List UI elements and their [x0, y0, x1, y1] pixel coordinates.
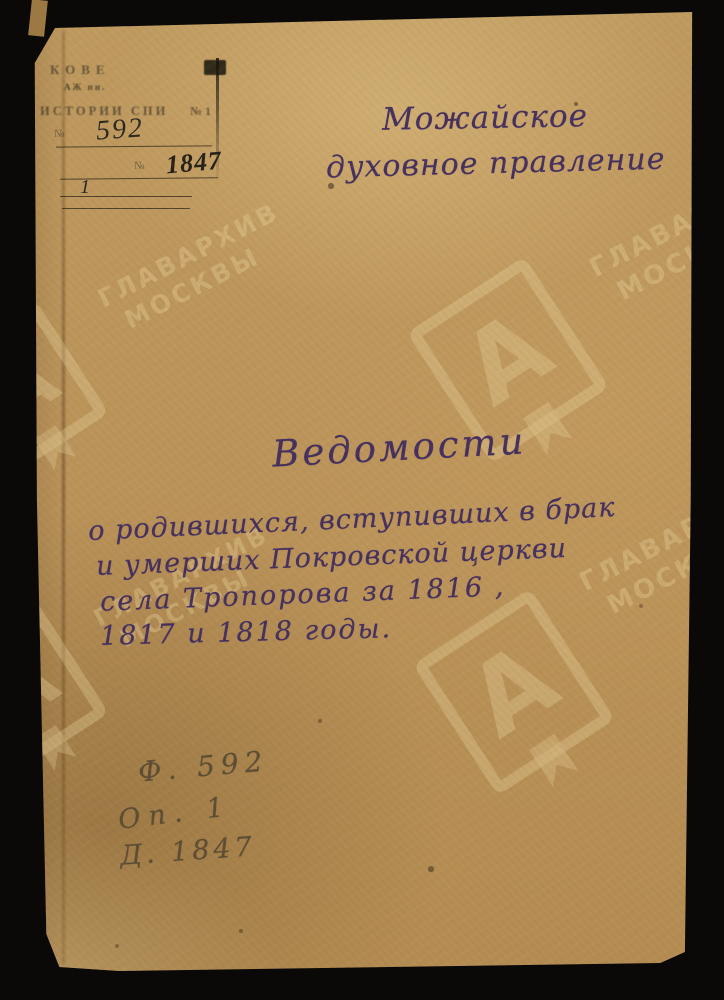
archival-document-scan: А ГЛАВАРХИВ МОСКВЫ А ГЛАВАРХИВ МОСКВЫ А — [0, 0, 724, 1000]
watermark-line1: ГЛАВАРХИВ — [584, 163, 724, 285]
watermark-line2: МОСКВЫ — [589, 506, 724, 628]
stamp-number-sign: № — [134, 160, 151, 172]
watermark-line2: МОСКВЫ — [107, 224, 299, 342]
stamp-rule — [56, 145, 212, 147]
watermark-text: ГЛАВАРХИВ МОСКВЫ — [93, 196, 299, 342]
catalog-fond: Ф. 592 — [137, 744, 270, 788]
stamp-number-sign: № — [54, 128, 65, 140]
catalog-opis: Оп. 1 — [117, 791, 234, 836]
document-cover-paper: А ГЛАВАРХИВ МОСКВЫ А ГЛАВАРХИВ МОСКВЫ А — [0, 0, 724, 1000]
logo-letter: А — [453, 627, 572, 753]
stamp-file-number: 1847 — [165, 146, 223, 181]
logo-flag-icon — [34, 725, 77, 771]
logo-flag-icon — [529, 734, 578, 787]
stamp-rule — [62, 208, 190, 209]
archive-stamp: КОВЕ АЖ нн. ИСТОРИИ СПИ № 1 № 592 № 1847… — [38, 58, 222, 218]
logo-flag-icon — [34, 425, 77, 471]
header-line1: Можайское — [382, 98, 589, 138]
stamp-header-line3-suffix: № 1 — [190, 104, 211, 119]
document-title: Ведомости — [271, 419, 527, 475]
torn-paper-fragment — [28, 0, 48, 37]
stamp-fond-number: 592 — [95, 112, 145, 147]
paper-specks — [0, 0, 2, 2]
watermark-line2: МОСКВЫ — [599, 192, 724, 314]
body-line-4: 1817 и 1818 годы. — [100, 613, 393, 652]
logo-flag-icon — [523, 402, 572, 455]
logo-letter: А — [0, 336, 71, 439]
watermark-text: ГЛАВАРХИВ МОСКВЫ — [584, 163, 724, 314]
logo-letter: А — [447, 295, 566, 421]
catalog-delo: Д. 1847 — [119, 831, 257, 871]
glavarkhiv-logo-icon: А — [413, 588, 615, 795]
stamp-header-line2: АЖ нн. — [64, 82, 106, 92]
stamp-rule — [60, 196, 192, 197]
stamp-header-line1: КОВЕ — [50, 62, 111, 78]
header-line2: духовное правление — [326, 142, 666, 186]
logo-letter: А — [0, 636, 71, 739]
stamp-ink-blob — [204, 60, 226, 75]
glavarkhiv-logo-icon: А — [0, 601, 109, 778]
glavarkhiv-logo-icon: А — [0, 301, 109, 478]
